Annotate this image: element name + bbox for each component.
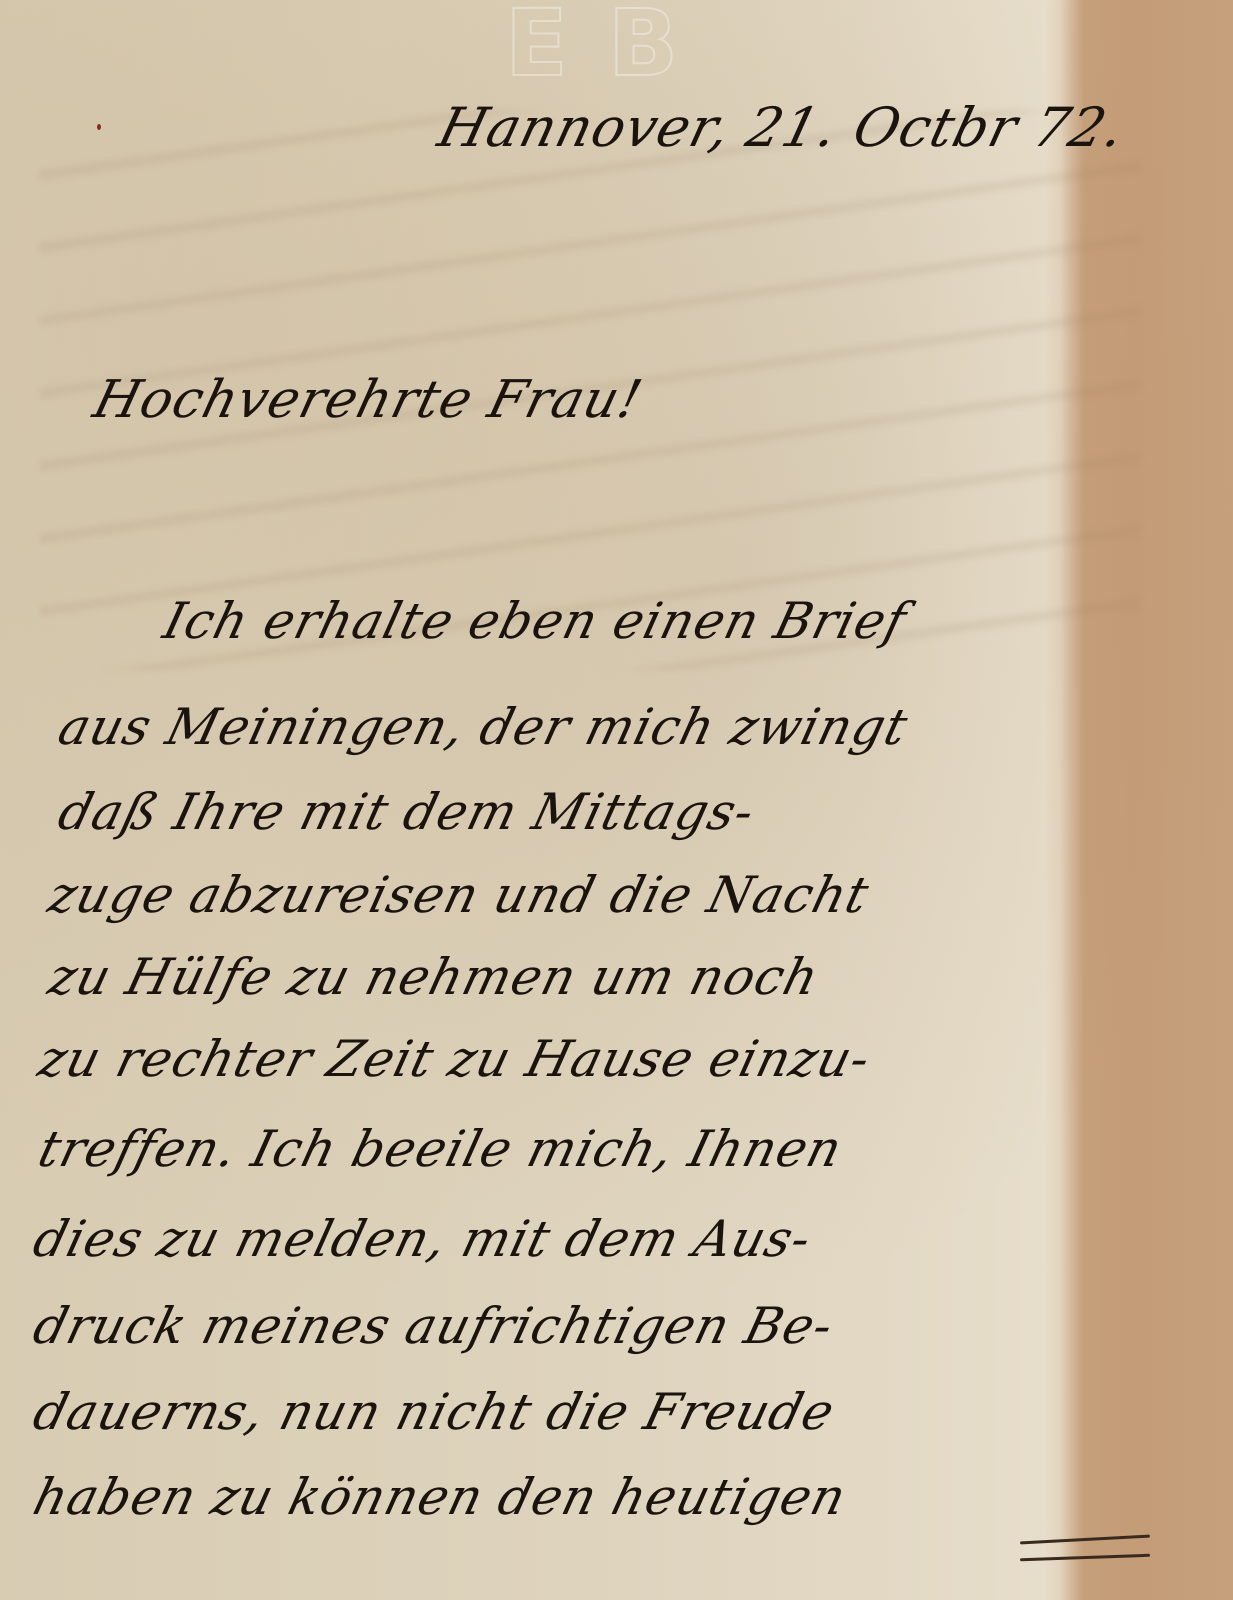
body-line: dies zu melden, mit dem Aus- — [28, 1210, 818, 1268]
body-line: zu rechter Zeit zu Hause einzu- — [33, 1030, 877, 1088]
ink-spot — [97, 124, 101, 130]
body-line: druck meines aufrichtigen Be- — [28, 1297, 840, 1355]
salutation: Hochverehrte Frau! — [88, 370, 649, 430]
body-line: dauerns, nun nicht die Freude — [28, 1383, 841, 1441]
body-line: zu Hülfe zu nehmen um noch — [43, 948, 825, 1006]
body-line: daß Ihre mit dem Mittags- — [53, 783, 761, 841]
body-line: zuge abzureisen und die Nacht — [43, 866, 875, 924]
body-line: Ich erhalte eben einen Brief — [158, 592, 913, 650]
body-line: aus Meiningen, der mich zwingt — [53, 698, 914, 756]
dateline: Hannover, 21. Octbr 72. — [432, 96, 1131, 159]
body-line: haben zu können den heutigen — [28, 1468, 853, 1526]
body-line: treffen. Ich beeile mich, Ihnen — [33, 1120, 848, 1178]
watermark: EB — [505, 0, 718, 97]
edge-stain — [1045, 0, 1233, 1600]
